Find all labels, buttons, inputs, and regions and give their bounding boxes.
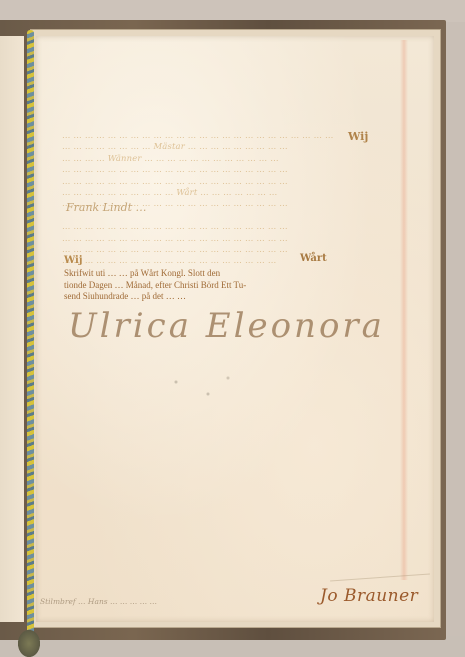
ink-stains xyxy=(160,370,240,410)
wij-word: Wij xyxy=(64,255,82,266)
closing-line: tionde Dagen … Månad, efter Christi Börd… xyxy=(64,280,409,292)
body-line: … … … … … … … … … … … … … … … … … … … xyxy=(62,255,407,266)
body-line: … … … … … … … … … … … … … … … … … … … … … xyxy=(62,130,407,141)
background-top xyxy=(0,0,465,22)
royal-signature: Ulrica Eleonora xyxy=(68,304,408,348)
body-line: … … … … … … … … … … … … … … … … … … … … xyxy=(62,176,407,187)
body-line: … … … … … … … … … … … … … … … … … … … … xyxy=(62,244,407,255)
body-line: … … … … … … … … … … … … … … … … … … … … xyxy=(62,221,407,232)
archival-note: Stilmbref … Hans … … … … … xyxy=(40,597,157,606)
cord-tassel xyxy=(18,630,40,657)
body-line: … … … … … … … … … … … … … … … … … … … … xyxy=(62,164,407,175)
dating-clause: Skrifwit uti … … på Wårt Kongl. Slott de… xyxy=(64,268,409,303)
body-line: … … … … … … … … Mästar … … … … … … … … … xyxy=(62,141,407,152)
body-line: … … … … Wänner … … … … … … … … … … … … xyxy=(62,153,407,164)
closing-line: Skrifwit uti … … på Wårt Kongl. Slott de… xyxy=(64,268,409,280)
wart-word: Wårt xyxy=(300,253,327,264)
body-text: … … … … … … … … … … … … … … … … … … … … … xyxy=(62,130,407,267)
binding-cord xyxy=(27,30,34,645)
left-page-edge xyxy=(0,36,24,622)
name-in-text: Frank Lindt … xyxy=(66,201,147,214)
closing-line: send Siuhundrade … på det … … xyxy=(64,291,409,303)
body-line: … … … … … … … … … … Wårt … … … … … … … xyxy=(62,187,407,198)
body-line: … … … … … … … … … … … … … … … … … … … … xyxy=(62,233,407,244)
countersignature: Jo Brauner xyxy=(320,586,418,606)
